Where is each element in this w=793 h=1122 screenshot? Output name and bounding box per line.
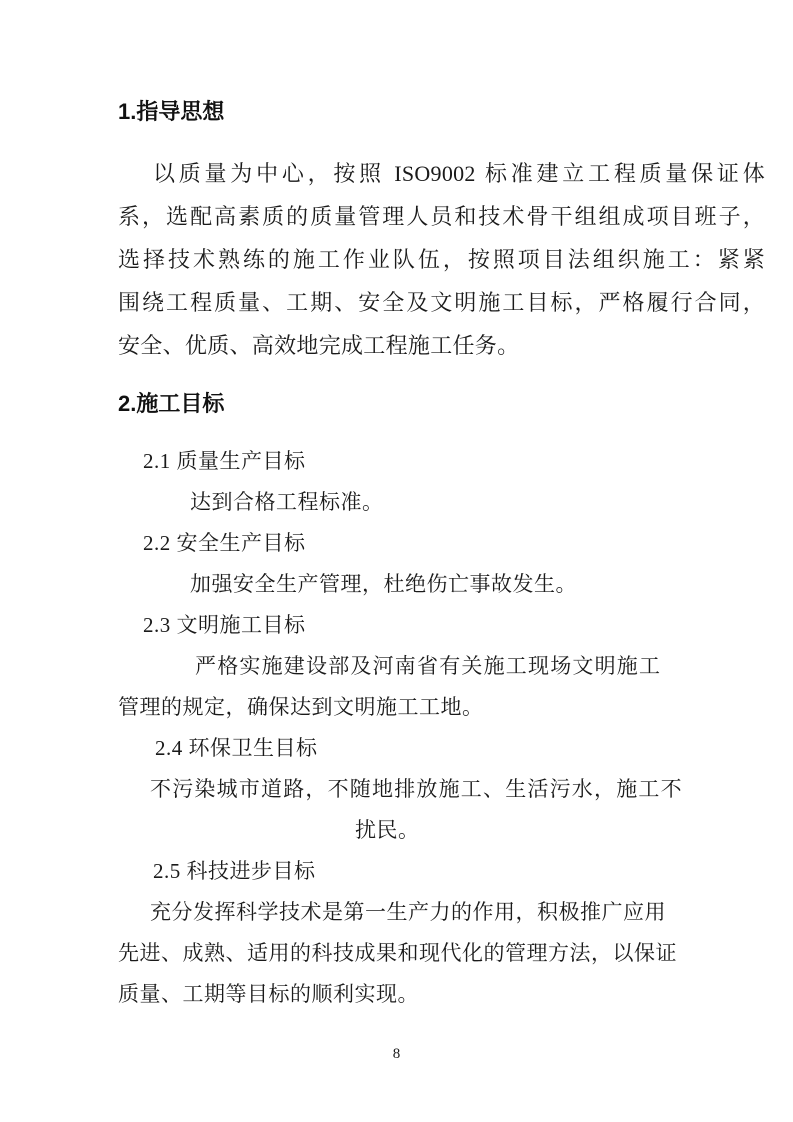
section-2-body: 2.1 质量生产目标 达到合格工程标准。 2.2 安全生产目标 加强安全生产管理…: [118, 441, 765, 1015]
document-page: 1.指导思想 以质量为中心，按照 ISO9002 标准建立工程质量保证体 系，选…: [0, 0, 793, 1122]
section-1-heading: 1.指导思想: [118, 0, 765, 127]
page-number: 8: [0, 1044, 793, 1064]
subsection-2-3-line: 严格实施建设部及河南省有关施工现场文明施工: [118, 646, 765, 687]
subsection-2-4-line: 不污染城市道路，不随地排放施工、生活污水，施工不: [118, 769, 765, 810]
subsection-2-3-line: 管理的规定，确保达到文明施工工地。: [118, 687, 765, 728]
subsection-2-4-line: 扰民。: [118, 810, 765, 851]
paragraph-line: 系，选配高素质的质量管理人员和技术骨干组组成项目班子，: [118, 195, 765, 238]
subsection-2-5-line: 先进、成熟、适用的科技成果和现代化的管理方法，以保证: [118, 933, 765, 974]
subsection-2-1-line: 达到合格工程标准。: [118, 482, 765, 523]
subsection-2-3-title: 2.3 文明施工目标: [118, 605, 765, 646]
paragraph-line: 选择技术熟练的施工作业队伍，按照项目法组织施工：紧紧: [118, 238, 765, 281]
subsection-2-5-line: 质量、工期等目标的顺利实现。: [118, 974, 765, 1015]
section-2-heading: 2.施工目标: [118, 389, 765, 419]
subsection-2-5-title: 2.5 科技进步目标: [118, 851, 765, 892]
subsection-2-5-line: 充分发挥科学技术是第一生产力的作用，积极推广应用: [118, 892, 765, 933]
paragraph-line: 围绕工程质量、工期、安全及文明施工目标，严格履行合同，: [118, 281, 765, 324]
subsection-2-1-title: 2.1 质量生产目标: [118, 441, 765, 482]
paragraph-line: 以质量为中心，按照 ISO9002 标准建立工程质量保证体: [118, 152, 765, 195]
subsection-2-2-title: 2.2 安全生产目标: [118, 523, 765, 564]
subsection-2-2-line: 加强安全生产管理，杜绝伤亡事故发生。: [118, 564, 765, 605]
section-1-paragraph: 以质量为中心，按照 ISO9002 标准建立工程质量保证体 系，选配高素质的质量…: [118, 152, 765, 367]
paragraph-line: 安全、优质、高效地完成工程施工任务。: [118, 324, 765, 367]
subsection-2-4-title: 2.4 环保卫生目标: [118, 728, 765, 769]
